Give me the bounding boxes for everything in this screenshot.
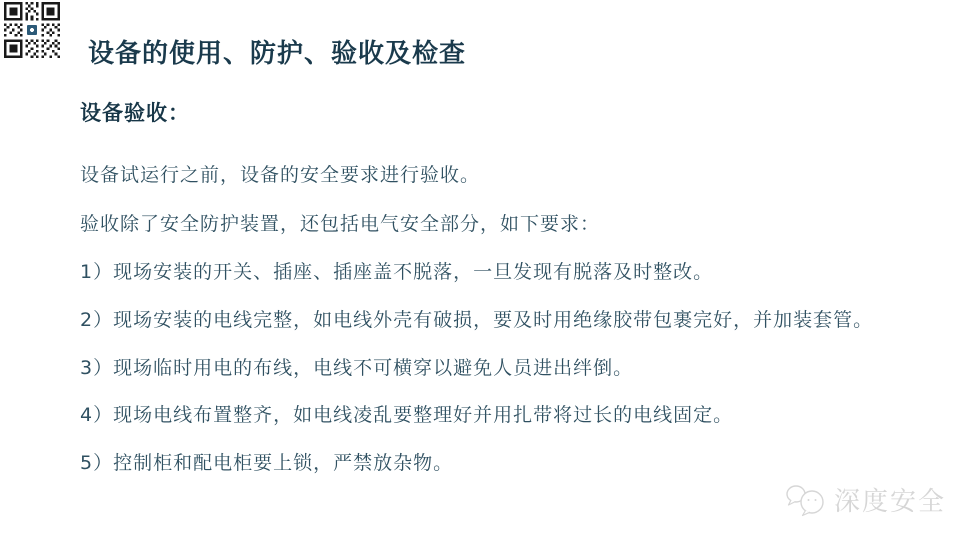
- slide: 设备的使用、防护、验收及检查 设备验收： 设备试运行之前，设备的安全要求进行验收…: [0, 0, 960, 540]
- qr-code-icon: [4, 2, 60, 58]
- intro-paragraph: 设备试运行之前，设备的安全要求进行验收。: [80, 160, 480, 187]
- wechat-logo-icon: [785, 483, 827, 517]
- watermark: 深度安全: [785, 481, 946, 518]
- requirement-item-2: 2）现场安装的电线完整，如电线外壳有破损，要及时用绝缘胶带包裹完好，并加装套管。: [80, 305, 873, 332]
- requirement-item-1: 1）现场安装的开关、插座、插座盖不脱落，一旦发现有脱落及时整改。: [80, 257, 713, 284]
- watermark-text: 深度安全: [834, 481, 946, 518]
- requirement-item-3: 3）现场临时用电的布线，电线不可横穿以避免人员进出绊倒。: [80, 353, 633, 380]
- section-heading: 设备验收：: [80, 97, 190, 127]
- requirement-item-5: 5）控制柜和配电柜要上锁，严禁放杂物。: [80, 448, 453, 475]
- page-title: 设备的使用、防护、验收及检查: [88, 33, 466, 70]
- requirement-item-4: 4）现场电线布置整齐，如电线凌乱要整理好并用扎带将过长的电线固定。: [80, 400, 733, 427]
- requirements-lead-paragraph: 验收除了安全防护装置，还包括电气安全部分，如下要求：: [80, 209, 600, 236]
